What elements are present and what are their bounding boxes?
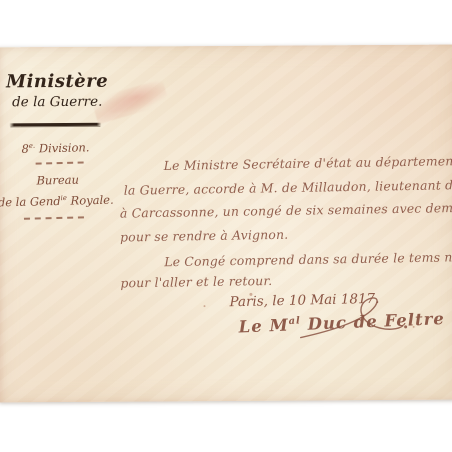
body-line-3: à Carcassonne, un congé de six semaines …: [120, 199, 452, 220]
body-line-1: Le Ministre Secrétaire d'état au départe…: [164, 153, 452, 173]
letter-document: Ministère de la Guerre. 8e. Division. Bu…: [0, 45, 452, 403]
foxing-spot: [413, 326, 415, 328]
letterhead-title: Ministère: [5, 73, 109, 92]
division-note: 8e. Division.: [13, 140, 97, 156]
service-text: de la Gend: [0, 194, 61, 209]
body-line-2-text: la Guerre, accorde à M. de Millaudon, li…: [124, 177, 452, 198]
service-text-2: Royale.: [67, 193, 114, 208]
body-line-4: pour se rendre à Avignon.: [120, 227, 288, 245]
photo-background: { "document_type": "handwritten letter, …: [0, 0, 452, 452]
division-underline: [36, 161, 84, 164]
service-underline: [24, 216, 84, 219]
division-label: Division.: [35, 140, 90, 155]
foxing-spot: [203, 305, 205, 307]
body-line-6: pour l'aller et le retour.: [120, 273, 272, 291]
foxing-spot: [249, 293, 252, 296]
service-note: de la Gendie Royale.: [0, 193, 112, 210]
bureau-note: Bureau: [28, 172, 88, 187]
body-line-5: Le Congé comprend dans sa durée le tems …: [164, 248, 452, 269]
signature-text: Le M: [238, 315, 289, 336]
body-line-2: la Guerre, accorde à M. de Millaudon, li…: [124, 176, 452, 197]
signature-paraph: [298, 293, 408, 346]
letterhead-rule: [9, 123, 101, 127]
